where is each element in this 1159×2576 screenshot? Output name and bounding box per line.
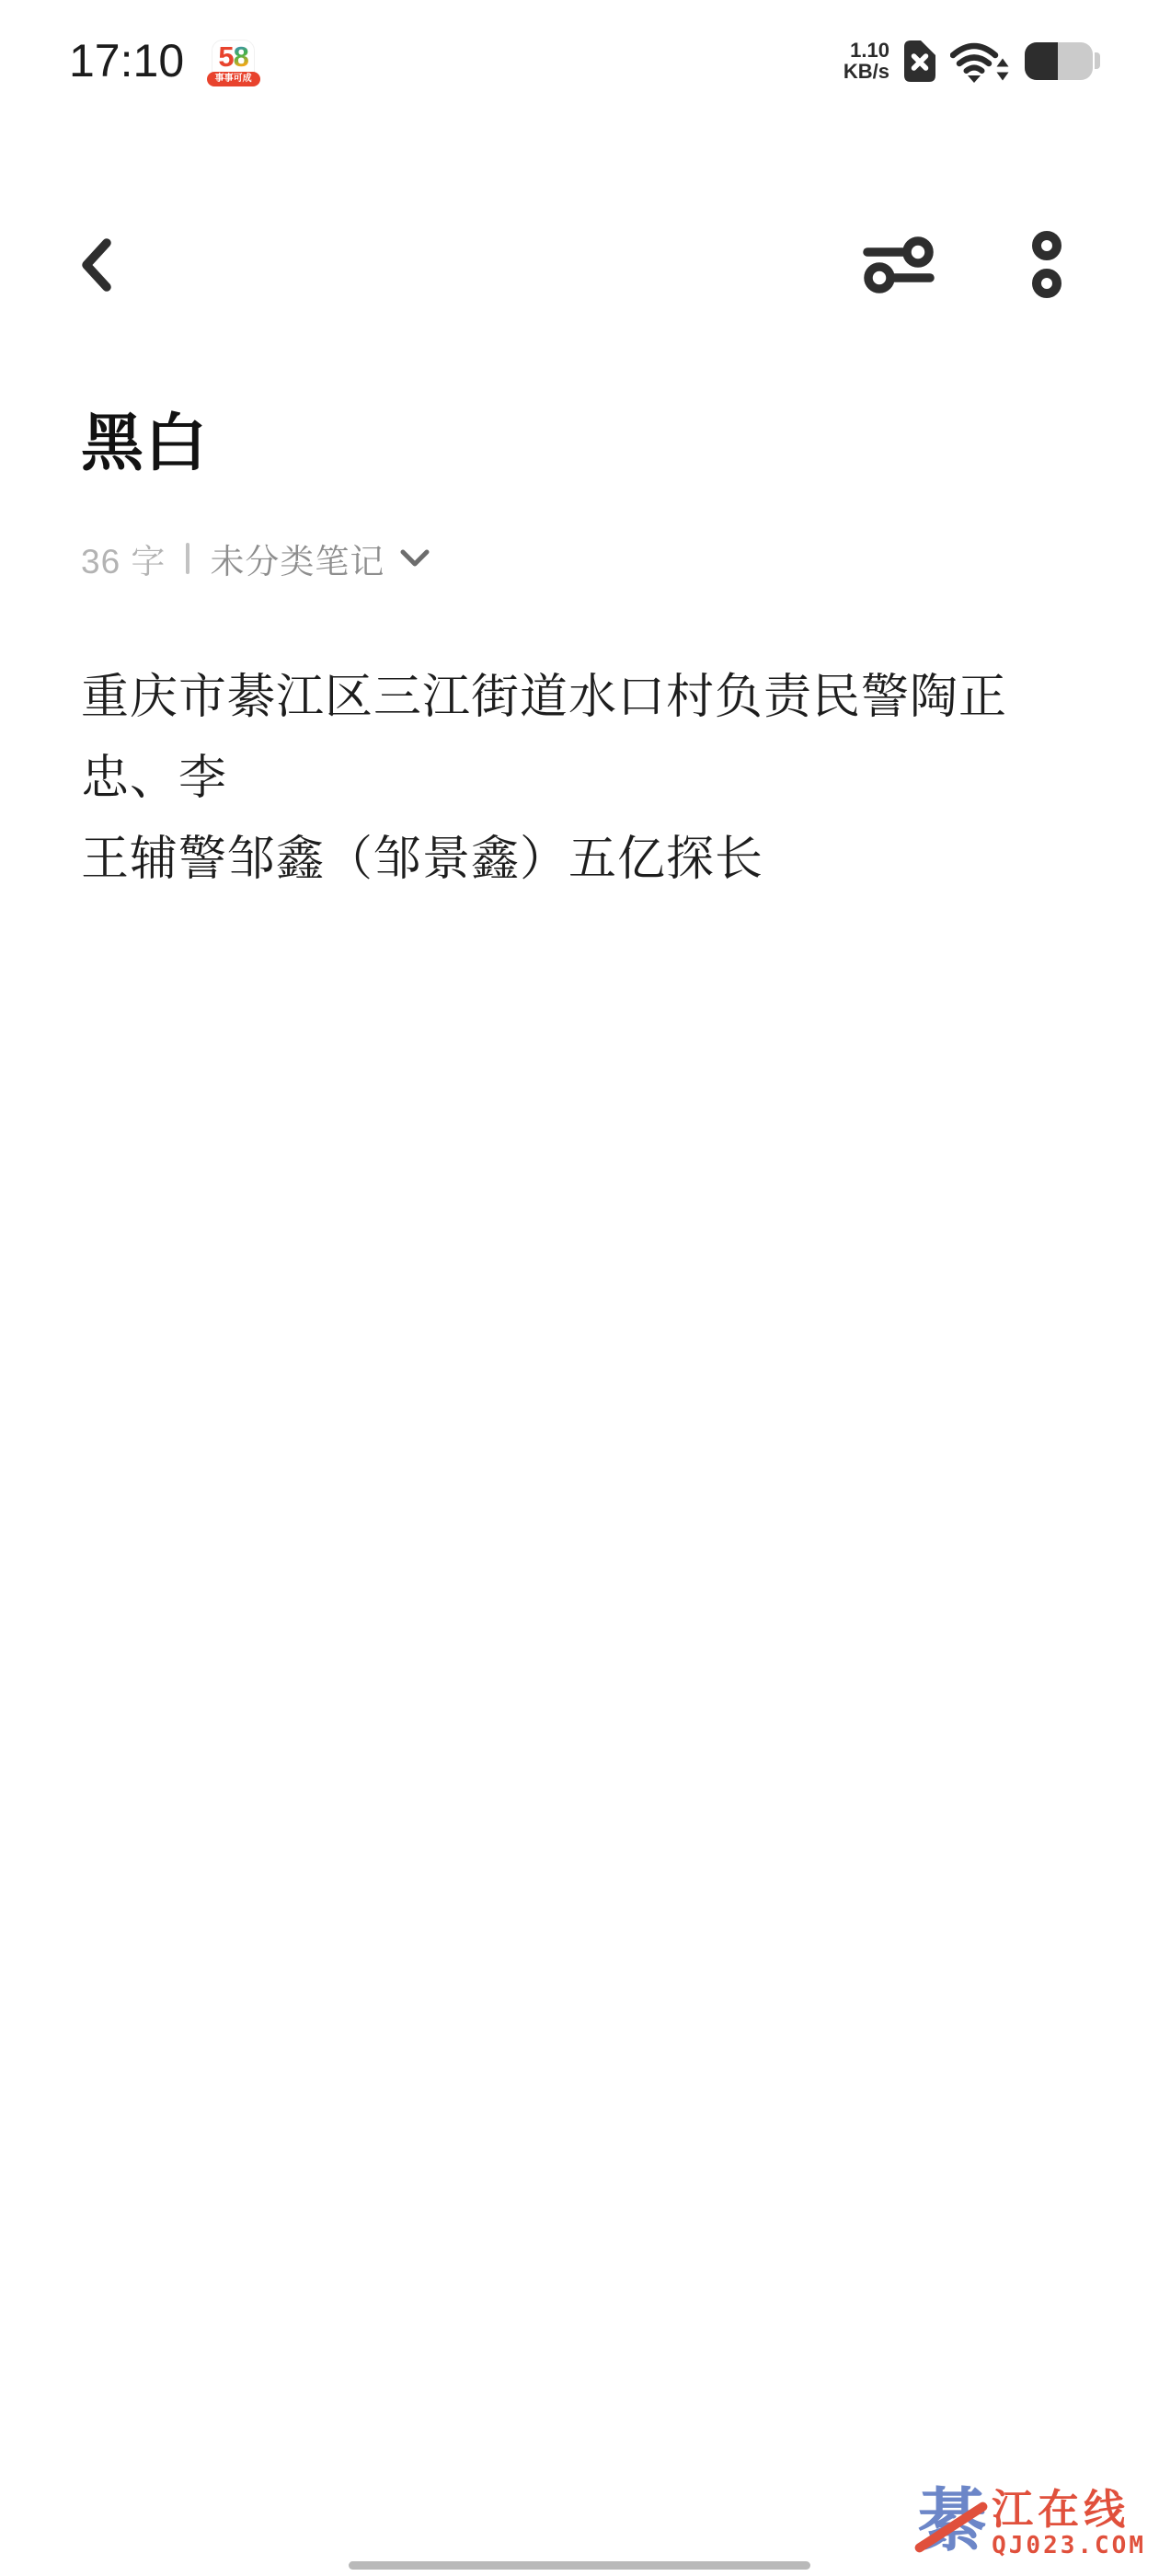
category-selector[interactable]: 未分类笔记 [210,534,430,583]
no-sim-icon [903,40,936,83]
battery-icon [1025,42,1100,80]
network-speed-unit: KB/s [843,61,889,82]
status-bar-right: 1.10 KB/s [843,38,1100,84]
watermark-logo-character: 綦 [918,2490,986,2552]
watermark-text-column: 江在线 QJ023.COM [992,2490,1146,2558]
qijiang-online-watermark: 綦 江在线 QJ023.COM [918,2490,1146,2558]
sliders-icon [863,232,935,298]
meta-divider [186,543,189,574]
home-indicator[interactable] [349,2561,810,2570]
note-meta: 36 字 未分类笔记 [81,535,430,581]
double-ring-more-icon [1032,231,1061,299]
note-paragraph: 王辅警邹鑫（邹景鑫）五亿探长 [81,819,1079,900]
status-bar-left: 17:10 58 事事可成 [69,34,255,87]
category-label: 未分类笔记 [210,534,384,583]
network-speed-value: 1.10 [850,40,889,61]
clock: 17:10 [69,34,184,87]
watermark-site-name: 江在线 [992,2490,1146,2529]
note-paragraph: 重庆市綦江区三江街道水口村负责民警陶正忠、李 [81,657,1079,819]
network-speed: 1.10 KB/s [843,40,889,82]
word-count: 36 字 [81,534,166,583]
text-style-button[interactable] [863,232,935,298]
note-toolbar [0,213,1159,316]
note-body[interactable]: 重庆市綦江区三江街道水口村负责民警陶正忠、李 王辅警邹鑫（邹景鑫）五亿探长 [81,657,1079,900]
watermark-site-url: QJ023.COM [992,2534,1146,2558]
battery-body [1025,42,1093,80]
status-bar: 17:10 58 事事可成 1.10 KB/s [0,0,1159,121]
battery-fill [1025,42,1058,80]
chevron-down-icon [399,548,430,569]
note-title[interactable]: 黑白 [81,405,208,482]
toolbar-actions [863,231,1061,299]
chevron-left-icon [79,238,114,292]
back-button[interactable] [75,235,118,295]
battery-nub [1095,52,1100,69]
58-logo: 58 [218,40,248,75]
wifi-icon [950,38,1011,84]
58-app-notification-icon: 58 事事可成 [212,40,255,83]
58-banner-label: 事事可成 [207,72,260,86]
notes-app-screen: 17:10 58 事事可成 1.10 KB/s [0,0,1159,2576]
more-options-button[interactable] [1032,231,1061,299]
